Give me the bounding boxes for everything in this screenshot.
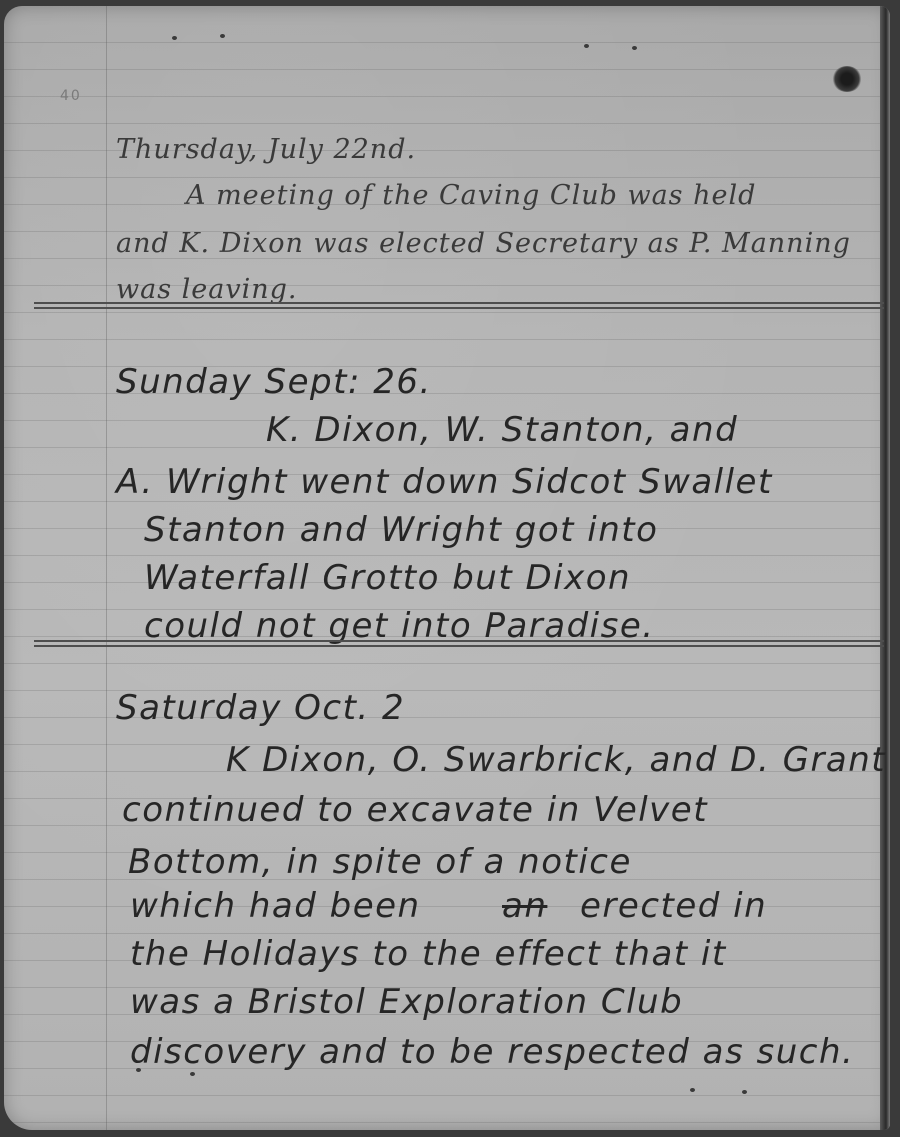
entry-3-line: K Dixon, O. Swarbrick, and D. Grant — [226, 740, 886, 780]
entry-3-date: Saturday Oct. 2 — [116, 688, 405, 728]
entry-1-date: Thursday, July 22nd. — [116, 134, 416, 165]
speck — [172, 36, 177, 40]
entry-3-line: discovery and to be respected as such. — [130, 1032, 854, 1072]
entry-divider — [34, 640, 884, 647]
page-number: 40 — [60, 88, 82, 104]
scanned-notebook-page: 40 Thursday, July 22nd. A meeting of the… — [0, 0, 900, 1137]
entry-3-line: the Holidays to the effect that it — [130, 934, 727, 974]
entry-1-line: and K. Dixon was elected Secretary as P.… — [116, 228, 851, 259]
entry-3-line: which had been — [130, 886, 421, 926]
speck — [742, 1090, 747, 1094]
binding-edge — [880, 6, 890, 1130]
entry-3-line: erected in — [580, 886, 767, 926]
entry-divider — [34, 302, 884, 309]
entry-3-line: continued to excavate in Velvet — [122, 790, 708, 830]
entry-1-line: A meeting of the Caving Club was held — [186, 180, 756, 211]
margin-rule — [106, 6, 107, 1130]
entry-2-date: Sunday Sept: 26. — [116, 362, 432, 402]
speck — [220, 34, 225, 38]
entry-2-line: A. Wright went down Sidcot Swallet — [116, 462, 773, 502]
entry-2-line: Stanton and Wright got into — [144, 510, 658, 550]
speck — [190, 1072, 195, 1076]
punch-hole-icon — [832, 66, 862, 92]
struck-out-word: an — [502, 886, 547, 926]
entry-3-line: Bottom, in spite of a notice — [128, 842, 632, 882]
notebook-page: 40 Thursday, July 22nd. A meeting of the… — [4, 6, 890, 1130]
entry-1-line: was leaving. — [116, 274, 298, 305]
speck — [584, 44, 589, 48]
entry-3-line: was a Bristol Exploration Club — [130, 982, 683, 1022]
speck — [632, 46, 637, 50]
speck — [690, 1088, 695, 1092]
entry-2-line: Waterfall Grotto but Dixon — [144, 558, 631, 598]
entry-2-line: K. Dixon, W. Stanton, and — [266, 410, 738, 450]
